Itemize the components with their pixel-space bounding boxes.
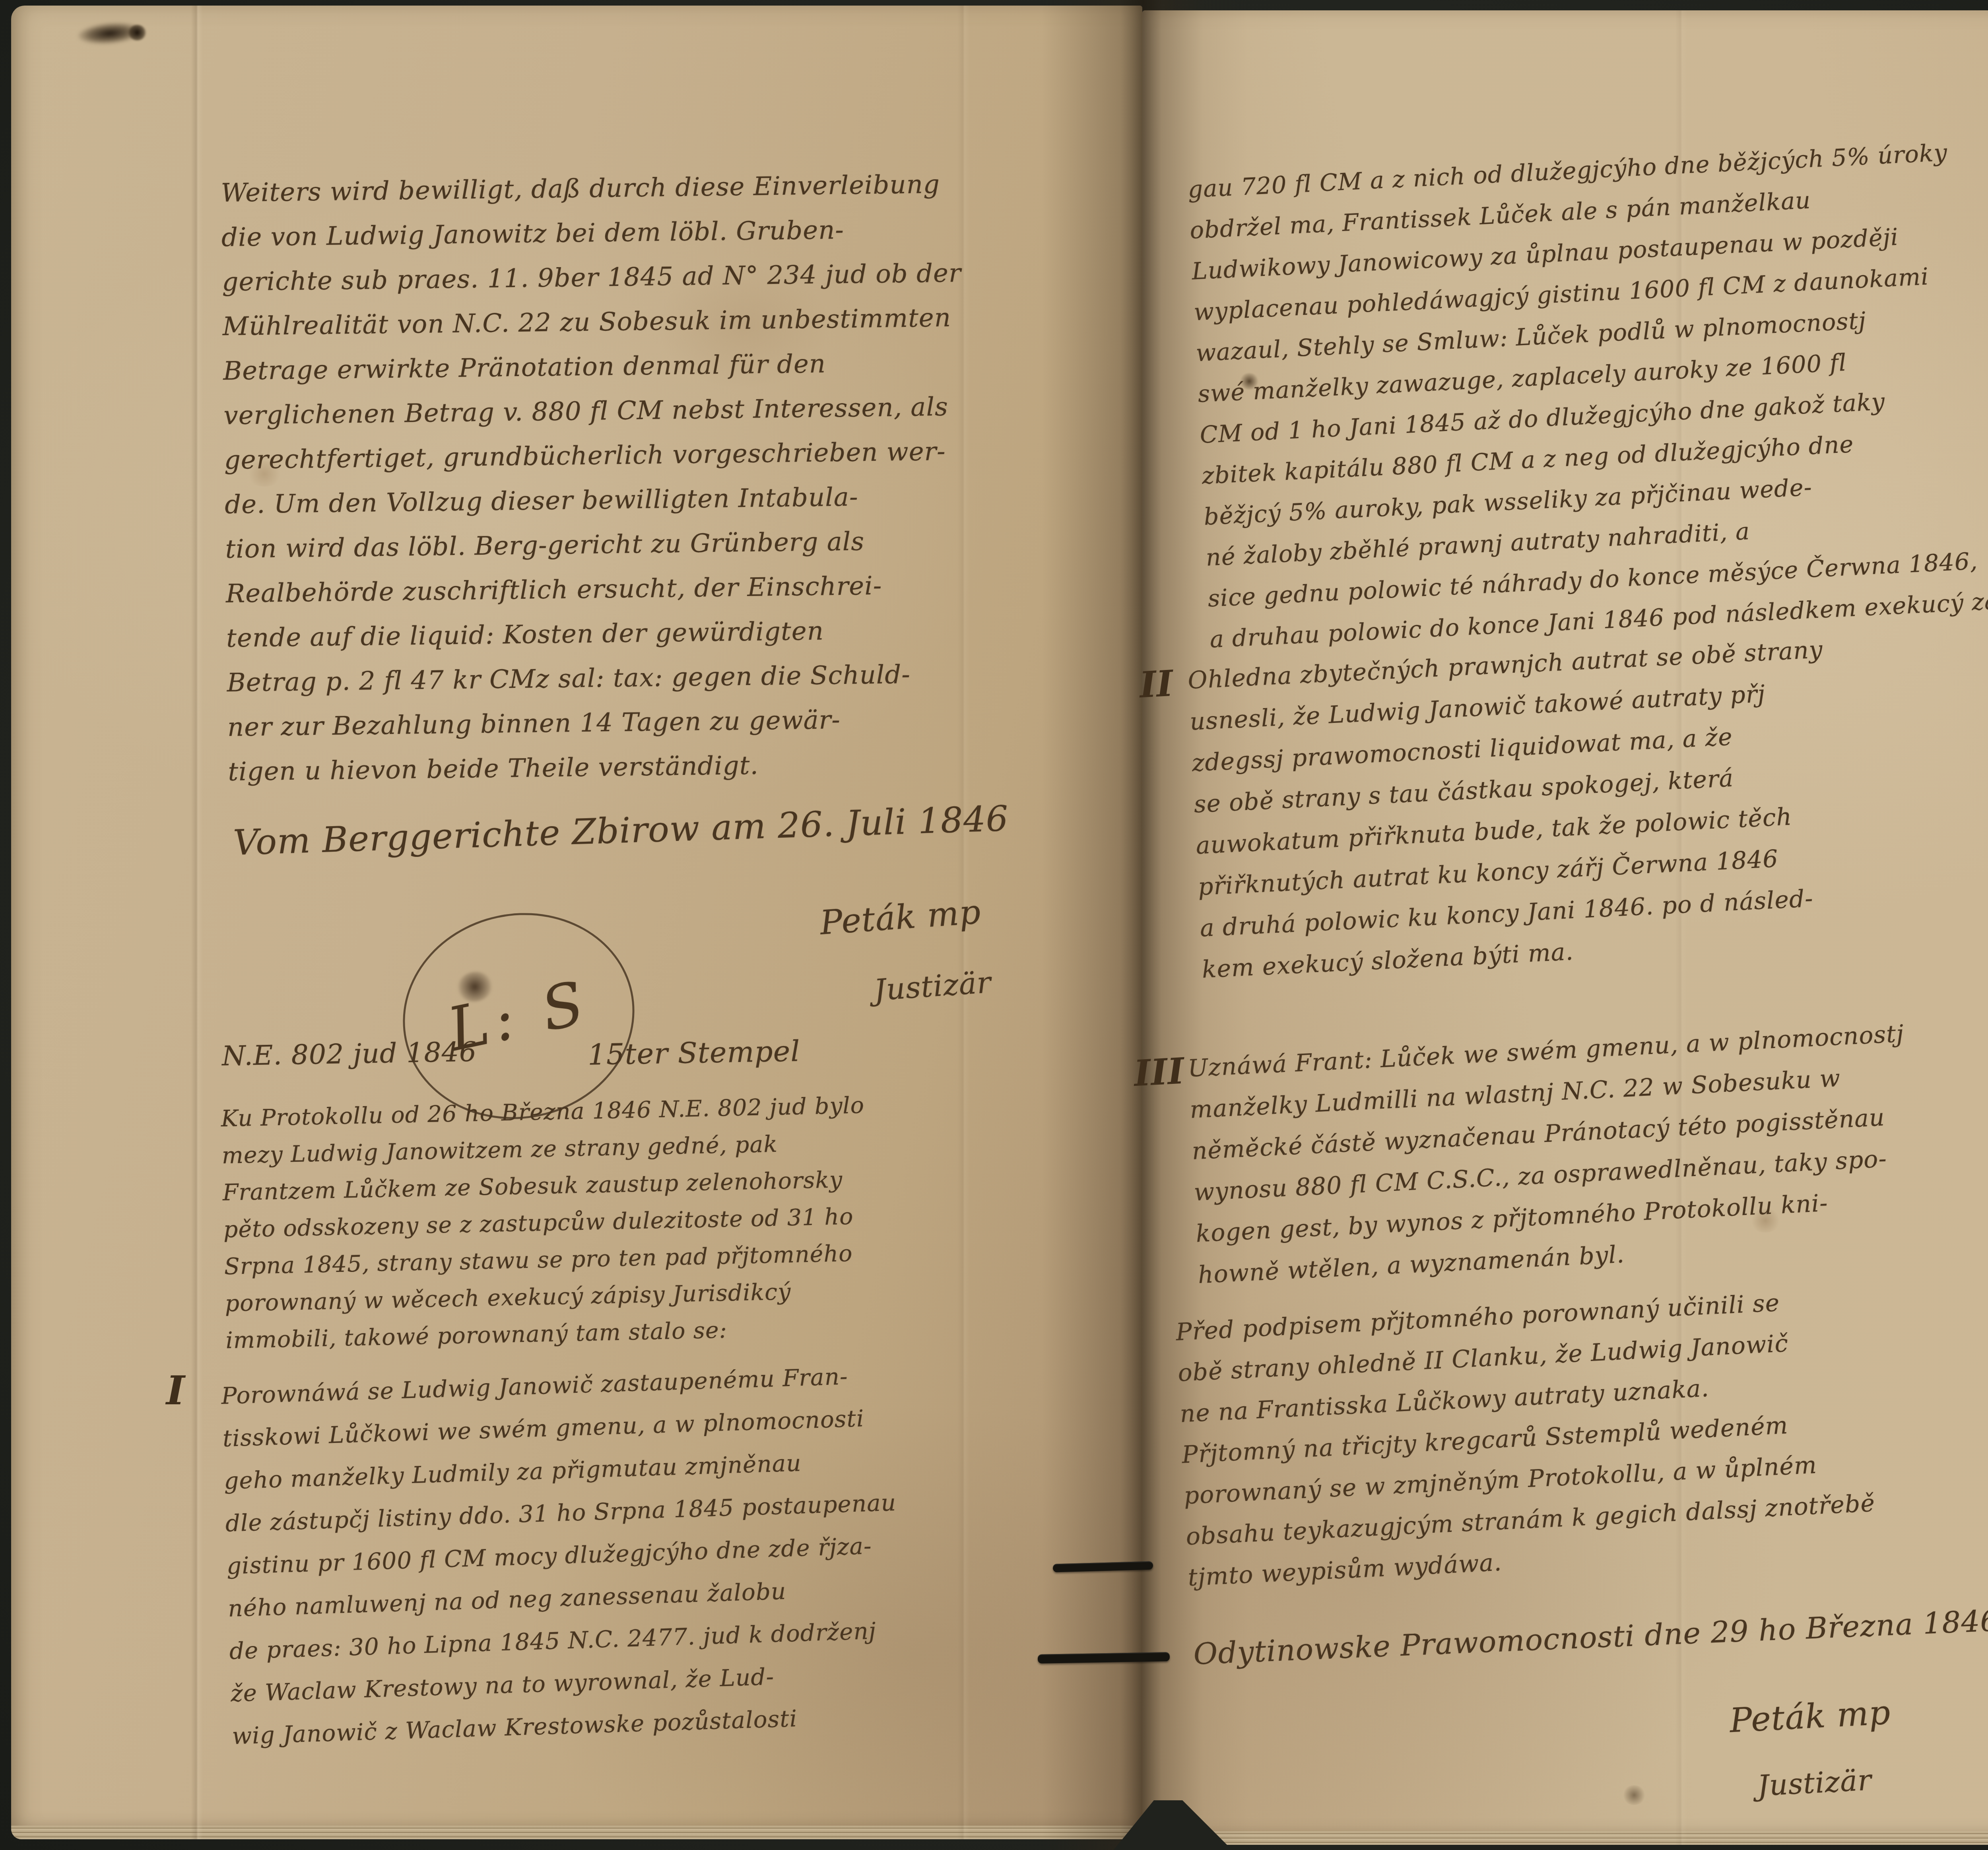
continuation-paragraph: gau 720 fl CM a z nich od dlužegjcýho dn… — [1187, 122, 1988, 660]
page-edge-stack-bottom-right — [1142, 1831, 1988, 1845]
margin-numeral-1: I — [166, 1367, 185, 1414]
reference-number: N.E. 802 jud 1846 — [221, 1036, 477, 1072]
page-edge-stack-bottom-left — [11, 1826, 1142, 1839]
margin-numeral-2: II — [1138, 662, 1174, 706]
item3-paragraph: Uznáwá Frant: Lůček we swém gmenu, a w p… — [1187, 1001, 1988, 1296]
reference-annex: 15ter Stempel — [587, 1034, 800, 1071]
protocol-intro-paragraph: Ku Protokollu od 26 ho Března 1846 N.E. … — [221, 1082, 1120, 1359]
item1-paragraph: Porownáwá se Ludwig Janowič zastaupenému… — [221, 1346, 1139, 1757]
paper-crease — [191, 6, 203, 1839]
ink-smudge — [128, 25, 146, 41]
closing-paragraph: Před podpisem přjtomného porownaný učini… — [1175, 1264, 1988, 1598]
page-edge-stack-left — [11, 6, 45, 1839]
decree-paragraph: Weiters wird bewilligt, daß durch diese … — [221, 160, 1119, 794]
manuscript-scan: 52. Weiters wird bewilligt, daß durch di… — [0, 0, 1988, 1850]
margin-numeral-3: III — [1133, 1050, 1185, 1095]
right-signature-title: Justizär — [1757, 1763, 1872, 1803]
item2-paragraph: Ohledna zbytečných prawnjch autrat se ob… — [1187, 613, 1988, 990]
